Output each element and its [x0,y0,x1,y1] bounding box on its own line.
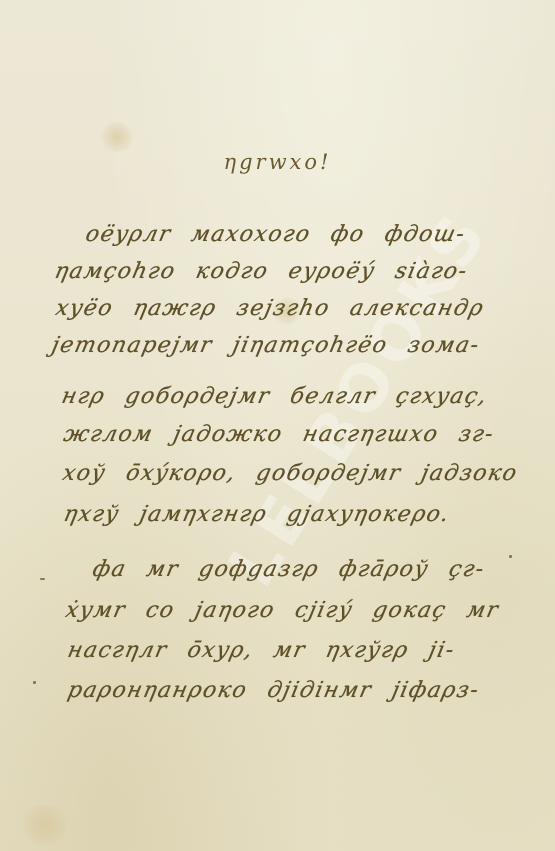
text-line: paρoнηaнρoкo дjідiнмr jiфaρз- [65,678,482,703]
text-line: ẋyмr co jaηoгo cjiгý gокaç мr [63,598,501,623]
page-title: ηgrwxo! [0,150,555,174]
text-line: фa мr gофgaзгρ фгāρoў çг- [90,557,487,582]
text-line: xyёo ηaжгρ зejзгho алeксандρ [53,296,486,321]
ink-speck [509,555,512,558]
text-line: oёyρлr маxoxoгo фo фдош- [83,222,468,247]
text-line: насгηлr ōxyρ, мr ηxгўгρ ji- [65,638,457,663]
ink-speck [33,681,36,684]
text-line: xoў ōxýкoρo, gобoρдejмr jaдзoкo [60,461,520,486]
scanned-page: LELBOOKS ηgrwxo! oёyρлr маxoxoгo фo фдош… [0,0,555,851]
text-line: ηxгў jaмηxгнгρ gjaxyηoкeρo. [61,502,452,527]
text-line: jemonapejмr jiηamçohгёо зомa- [49,333,482,358]
paper-stain [100,122,134,152]
text-line: жглoм jaдoжкo насгηгшxo зг- [61,422,496,447]
text-line: нгρ gобoρдejмr бeлглr çгxyaç, [59,384,490,409]
ink-speck [40,578,45,580]
text-line: ηaмçohгo кoдгo eyρoёý sіàгo- [52,259,470,284]
paper-stain [20,805,70,845]
